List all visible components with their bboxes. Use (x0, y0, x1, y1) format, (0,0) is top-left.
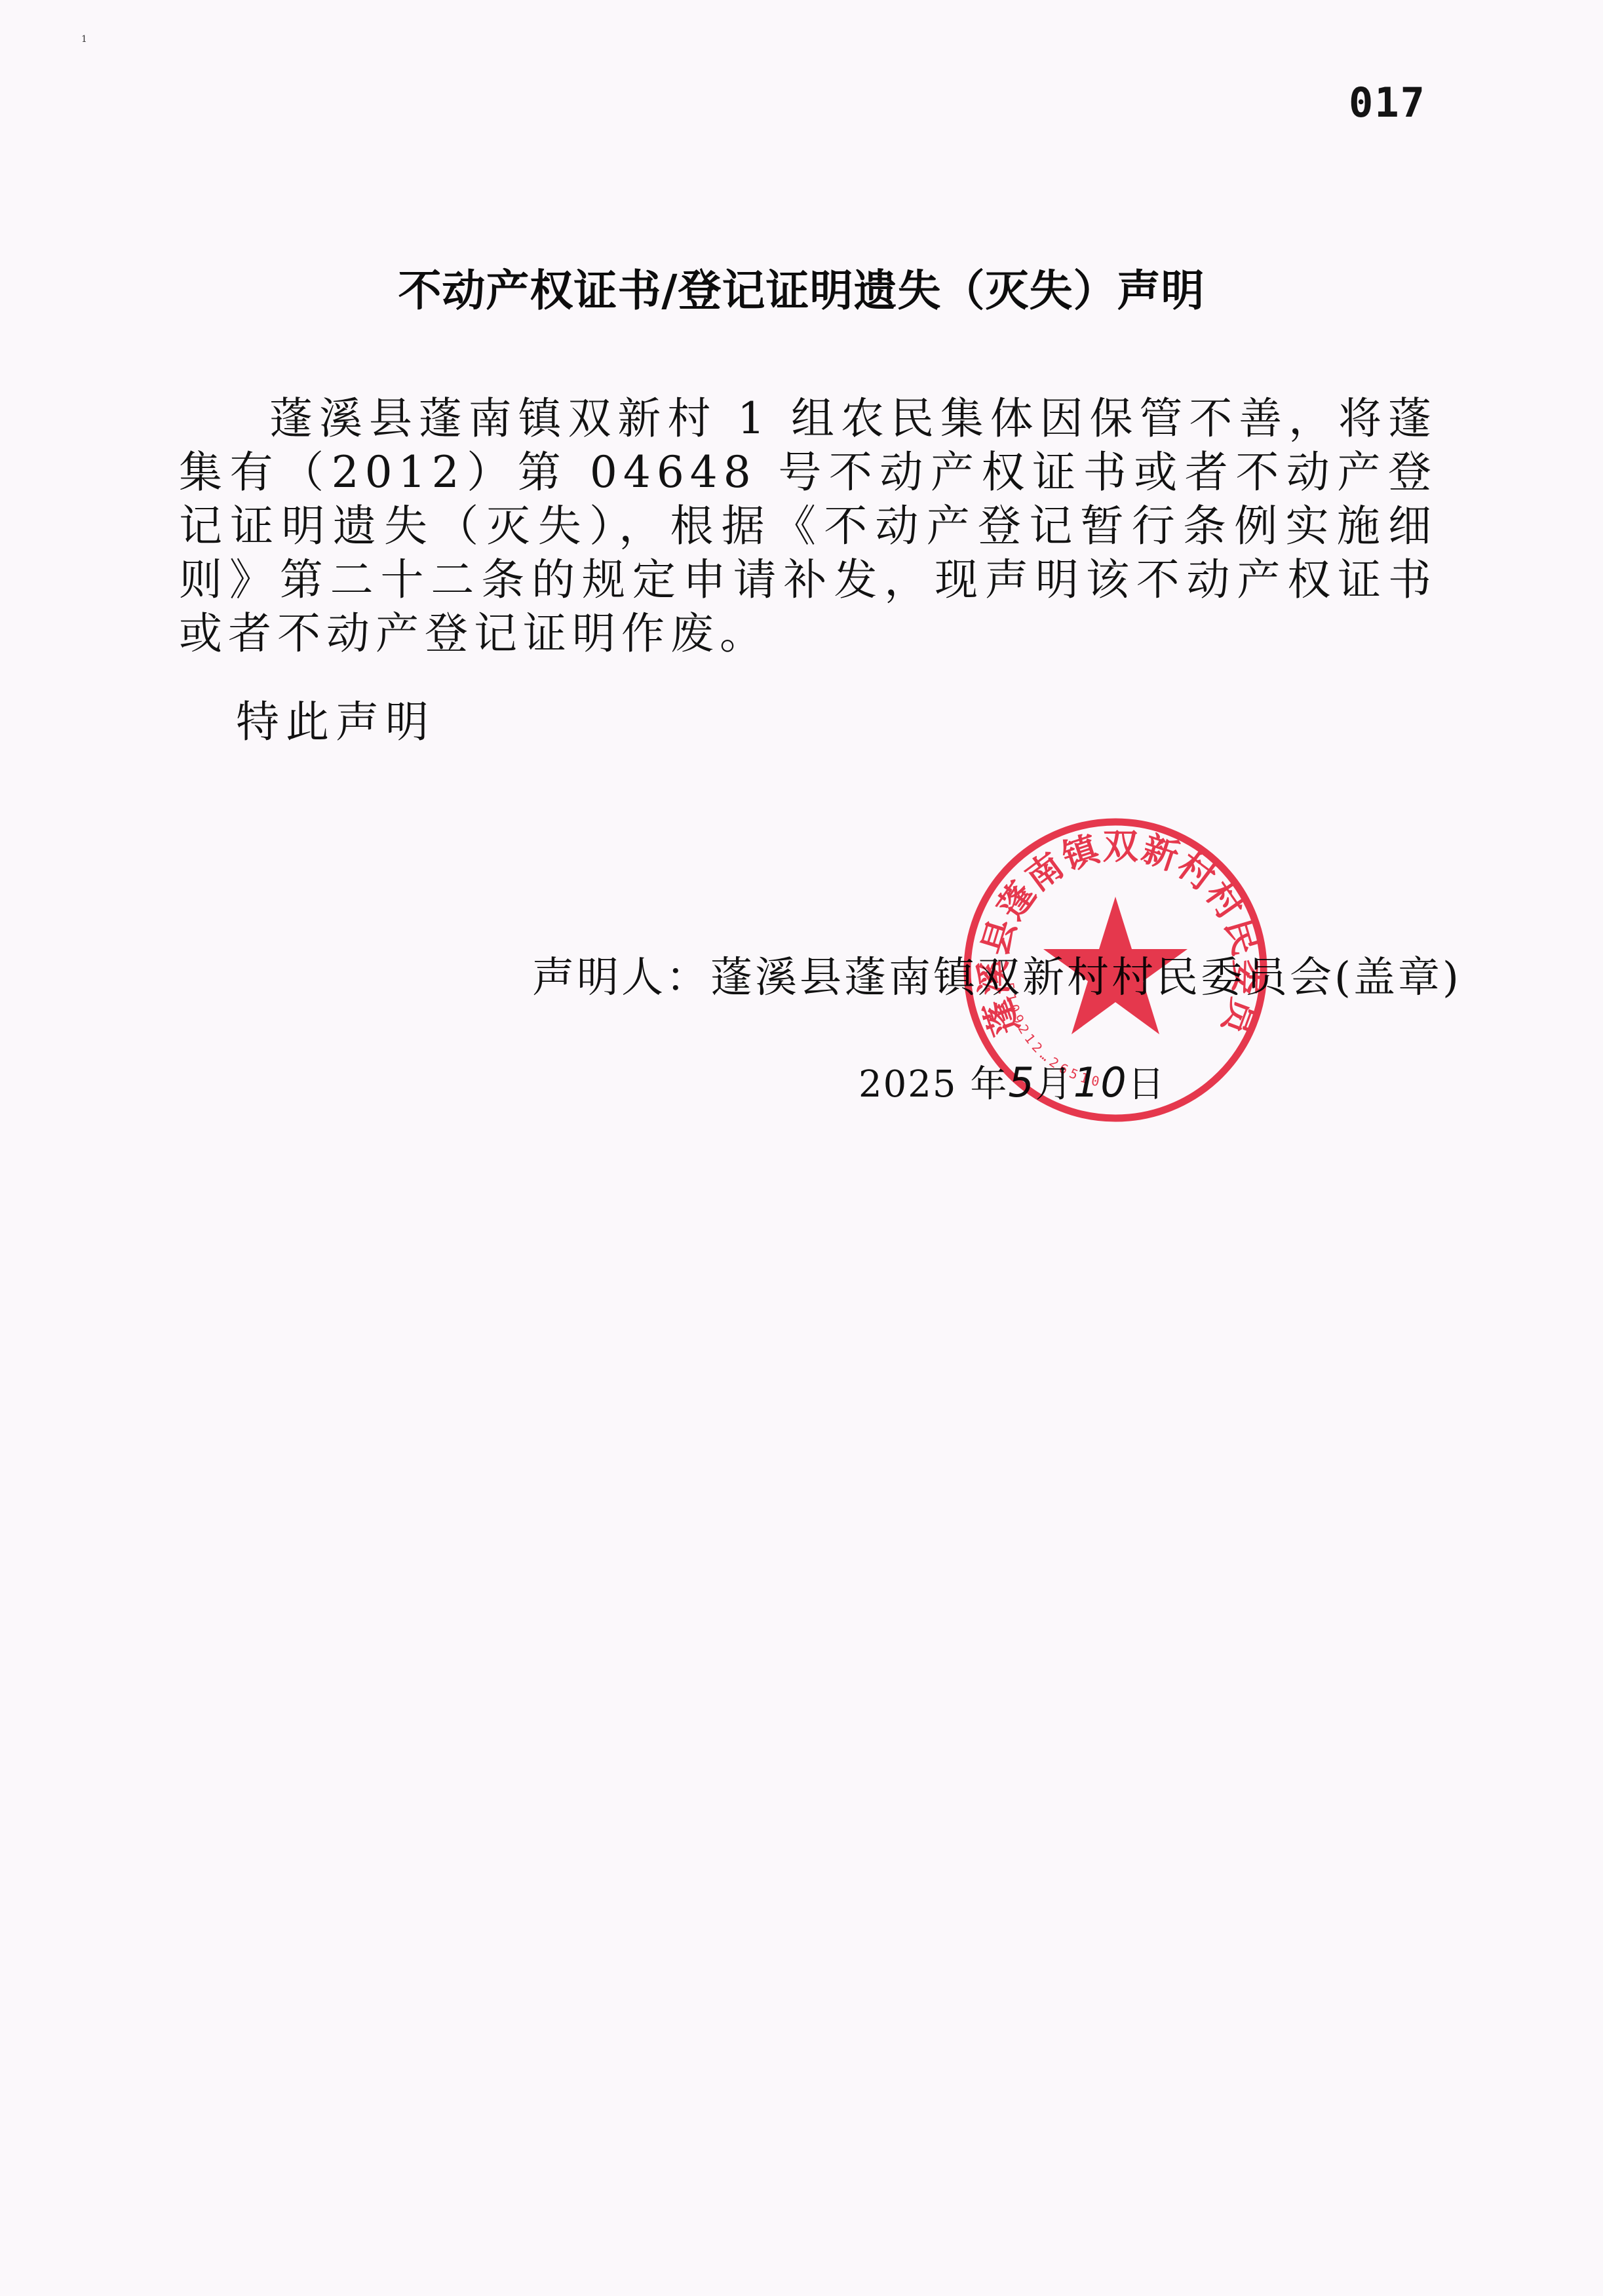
star-icon (1043, 897, 1188, 1034)
page-number: 017 (1349, 79, 1426, 126)
document-title: 不动产权证书/登记证明遗失（灭失）声明 (0, 256, 1603, 318)
closing-statement: 特此声明 (236, 687, 435, 749)
official-seal: 蓬溪县蓬南镇双新村村民委员会 5109212…26510 (958, 813, 1273, 1127)
scan-mark: 1 (81, 34, 87, 45)
date-year: 2025 (859, 1063, 957, 1106)
declaration-body: 蓬溪县蓬南镇双新村 1 组农民集体因保管不善，将蓬集有（2012）第 04648… (179, 392, 1437, 661)
declarant-label: 声明人： (532, 954, 710, 1002)
seal-note: (盖章) (1334, 954, 1461, 1002)
